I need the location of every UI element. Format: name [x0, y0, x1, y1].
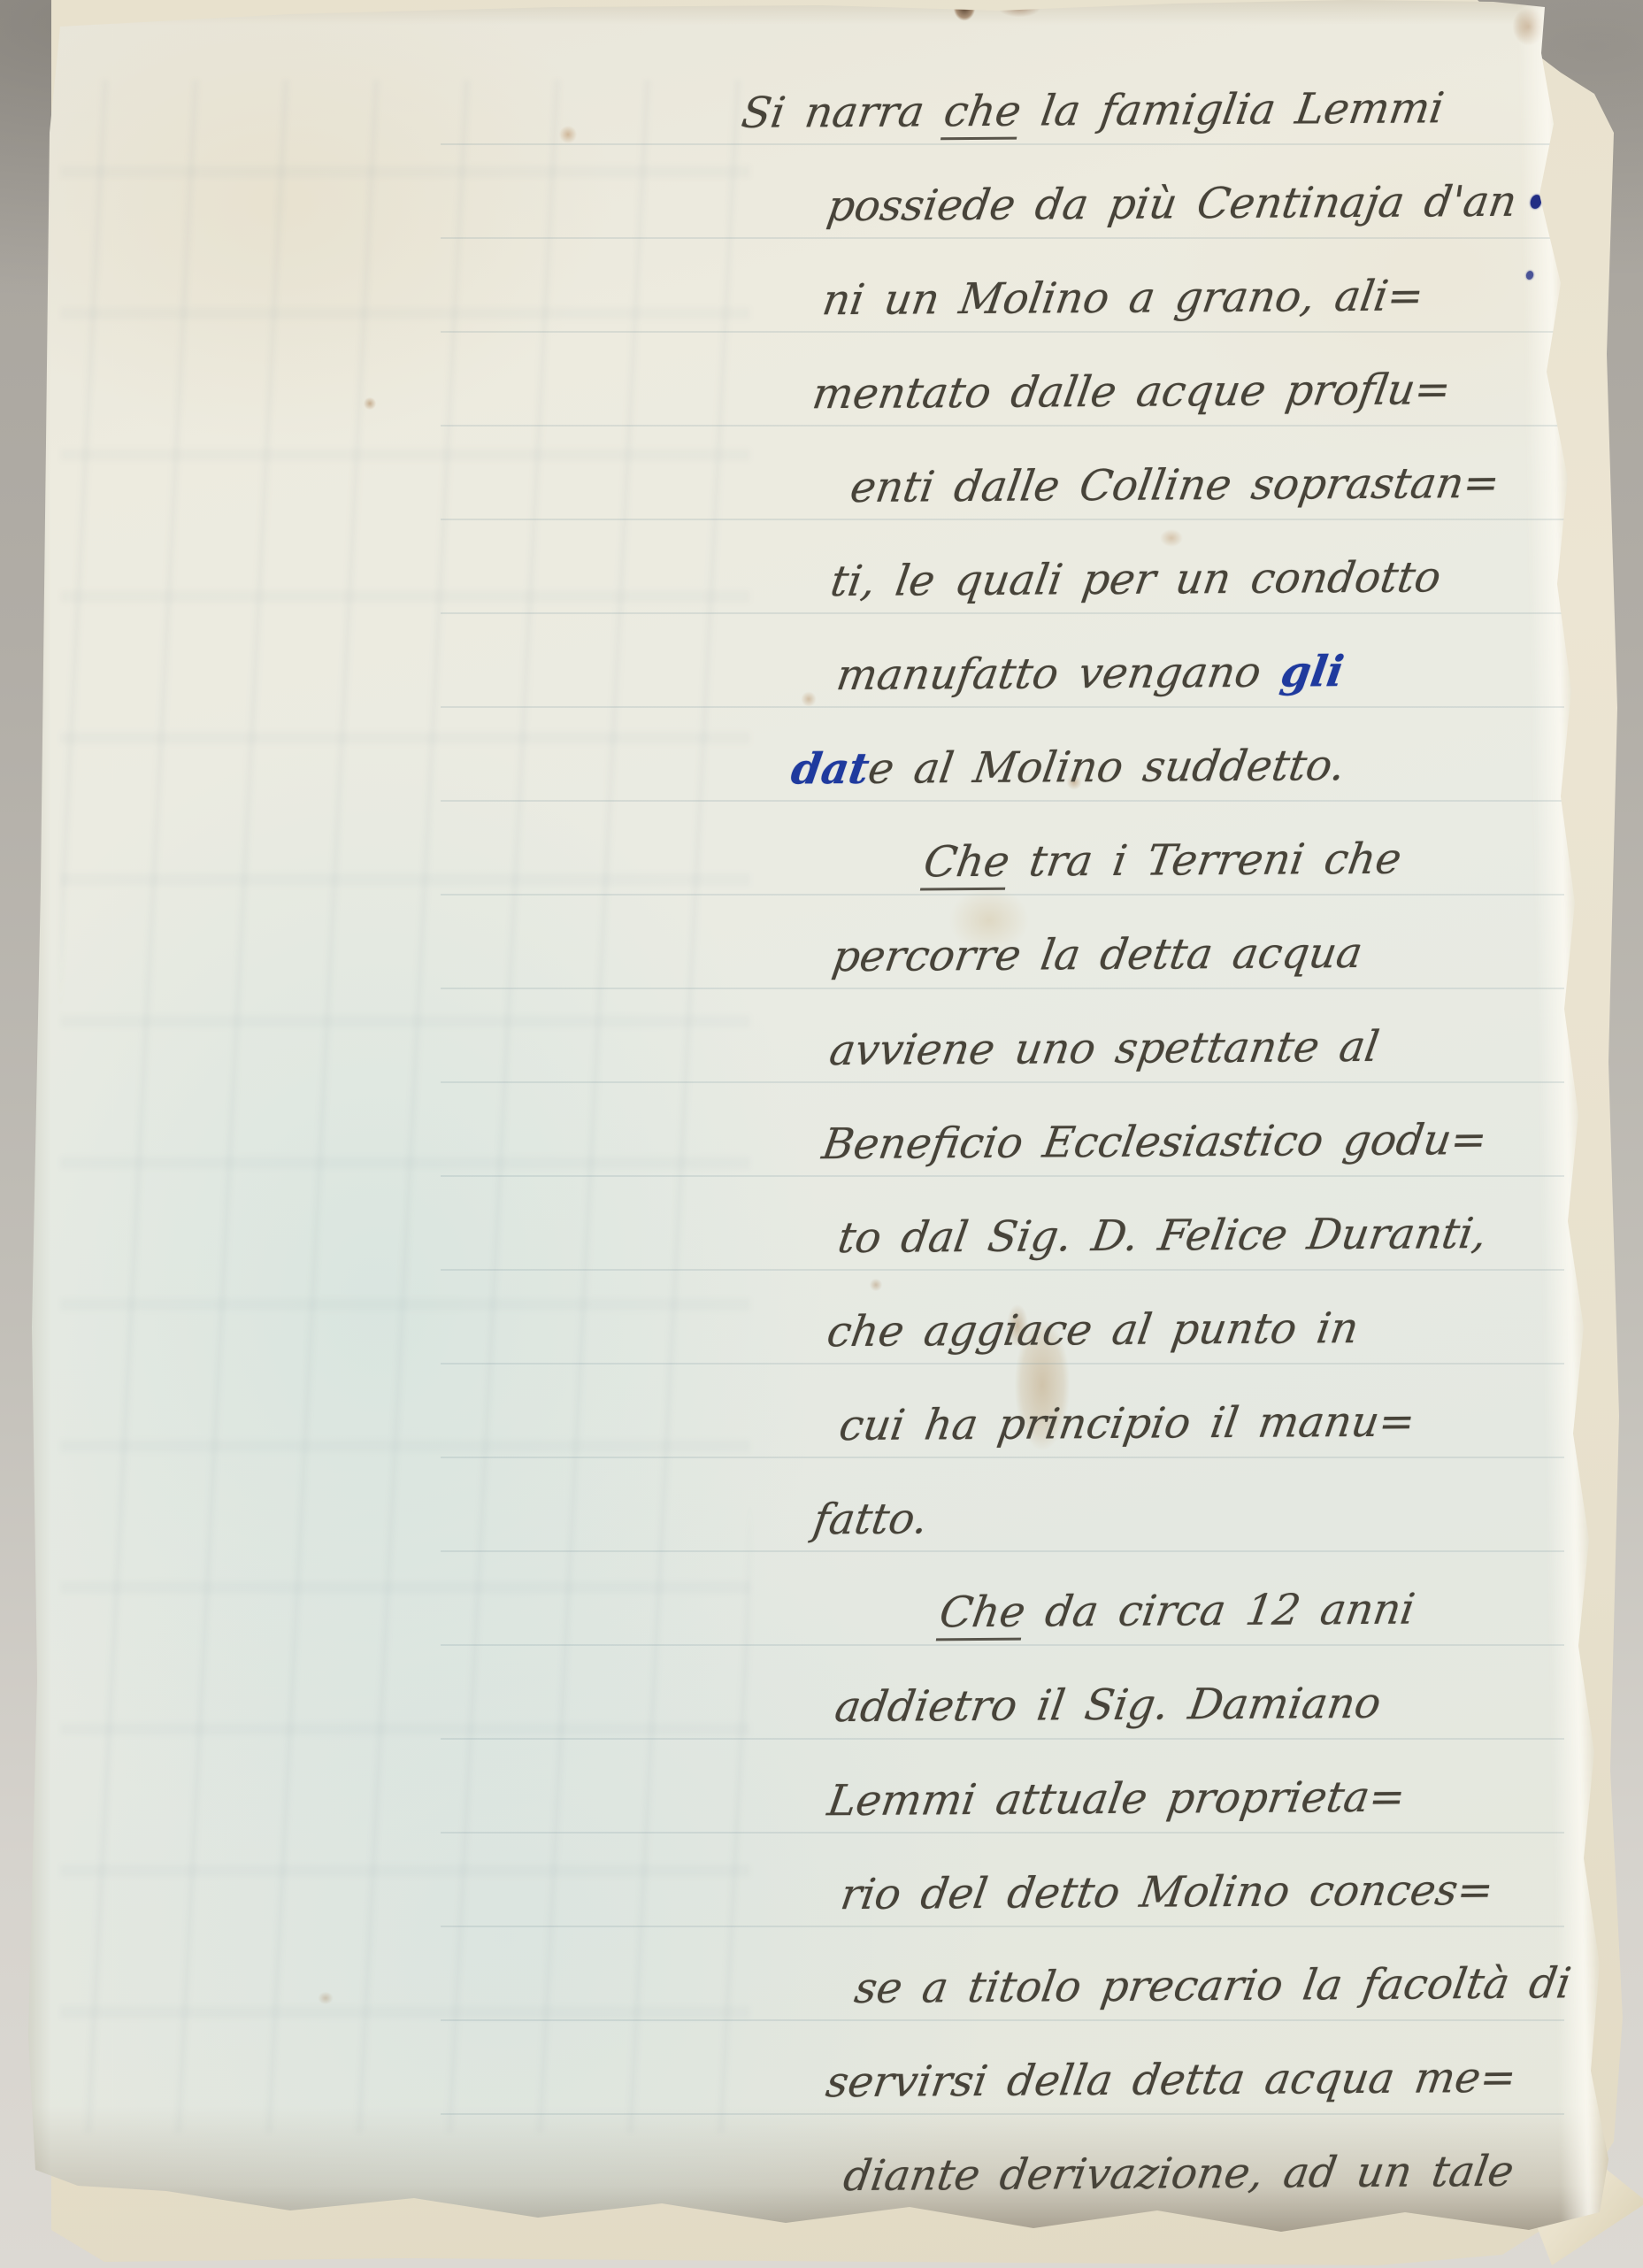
ink-text: possiede da più Centinaja d'an	[824, 177, 1520, 231]
ink-text: servirsi della detta acqua me=	[823, 2053, 1520, 2107]
ink-text: rio del detto Molino conces=	[838, 1865, 1497, 1919]
manuscript-text: Si narra che la famiglia Lemmipossiede d…	[467, 60, 1615, 2226]
ink-text: addietro il Sig. Damiano	[832, 1679, 1385, 1732]
manuscript-line: Che tra i Terreni che	[917, 811, 1620, 910]
manuscript-line: servirsi della detta acqua me=	[819, 2030, 1628, 2129]
manuscript-page: Si narra che la famiglia Lemmipossiede d…	[25, 0, 1626, 2252]
underlined-word: che	[941, 87, 1025, 141]
ink-text: diante derivazione, ad un tale	[841, 2147, 1517, 2201]
ink-text: percorre la detta acqua	[829, 928, 1365, 981]
ink-text: Si narra	[739, 87, 948, 138]
manuscript-line: percorre la detta acqua	[825, 904, 1620, 1003]
ink-text: se a titolo precario la facoltà di	[851, 1958, 1574, 2013]
ink-text: Beneficio Ecclesiastico godu=	[819, 1115, 1491, 1169]
ink-text: che aggiace al punto in	[824, 1303, 1362, 1357]
manuscript-line: manufatto vengano gli	[830, 623, 1618, 722]
ink-text: enti dalle Colline soprastan=	[847, 458, 1502, 512]
ink-text: to dal Sig. D. Felice Duranti,	[834, 1209, 1490, 1263]
manuscript-line: possiede da più Centinaja d'an	[820, 154, 1615, 253]
manuscript-line: Beneficio Ecclesiastico godu=	[816, 1092, 1622, 1191]
ink-text: tra i Terreni che	[1005, 834, 1404, 887]
manuscript-line: date al Molino suddetto.	[785, 717, 1619, 817]
underlined-word: Che	[936, 1588, 1029, 1641]
ink-text: la famiglia Lemmi	[1017, 83, 1447, 135]
scan-photo: { "document": { "type": "handwritten-man…	[0, 0, 1643, 2268]
manuscript-line: addietro il Sig. Damiano	[828, 1655, 1625, 1754]
ink-text: Lemmi attuale proprieta=	[825, 1772, 1409, 1826]
manuscript-line: ti, le quali per un condotto	[824, 529, 1617, 628]
manuscript-line: enti dalle Colline soprastan=	[844, 435, 1617, 534]
ink-text: da circa 12 anni	[1021, 1585, 1417, 1637]
ink-text: manufatto vengano	[833, 648, 1285, 701]
manuscript-line: mentato dalle acque proflu=	[806, 342, 1616, 441]
manuscript-line: Si narra che la famiglia Lemmi	[735, 60, 1615, 160]
ink-text: avviene uno spettante al	[826, 1022, 1382, 1075]
manuscript-line: diante derivazione, ad un tale	[837, 2124, 1629, 2223]
manuscript-line: rio del detto Molino conces=	[834, 1842, 1627, 1941]
blue-ink-correction: gli	[1278, 647, 1347, 697]
manuscript-line: to dal Sig. D. Felice Duranti,	[832, 1186, 1623, 1285]
ink-text: fatto.	[810, 1494, 932, 1544]
manuscript-line: Lemmi attuale proprieta=	[821, 1749, 1626, 1848]
blue-ink-correction: dat	[788, 744, 872, 795]
ink-text: e al Molino suddetto.	[865, 741, 1348, 794]
ink-text: mentato dalle acque proflu=	[810, 365, 1455, 419]
underlined-word: Che	[920, 837, 1013, 891]
manuscript-line: cui ha principio il manu=	[833, 1373, 1624, 1472]
manuscript-line: fatto.	[807, 1467, 1624, 1566]
manuscript-line: che aggiace al punto in	[820, 1280, 1623, 1379]
ink-text: ni un Molino a grano, ali=	[819, 271, 1427, 325]
ink-text: ti, le quali per un condotto	[827, 552, 1444, 606]
manuscript-line: avviene uno spettante al	[823, 998, 1621, 1097]
manuscript-line: Che da circa 12 anni	[933, 1561, 1625, 1659]
manuscript-line: ni un Molino a grano, ali=	[816, 248, 1616, 347]
ink-text: cui ha principio il manu=	[836, 1397, 1418, 1451]
manuscript-line: se a titolo precario la facoltà di	[848, 1936, 1628, 2035]
